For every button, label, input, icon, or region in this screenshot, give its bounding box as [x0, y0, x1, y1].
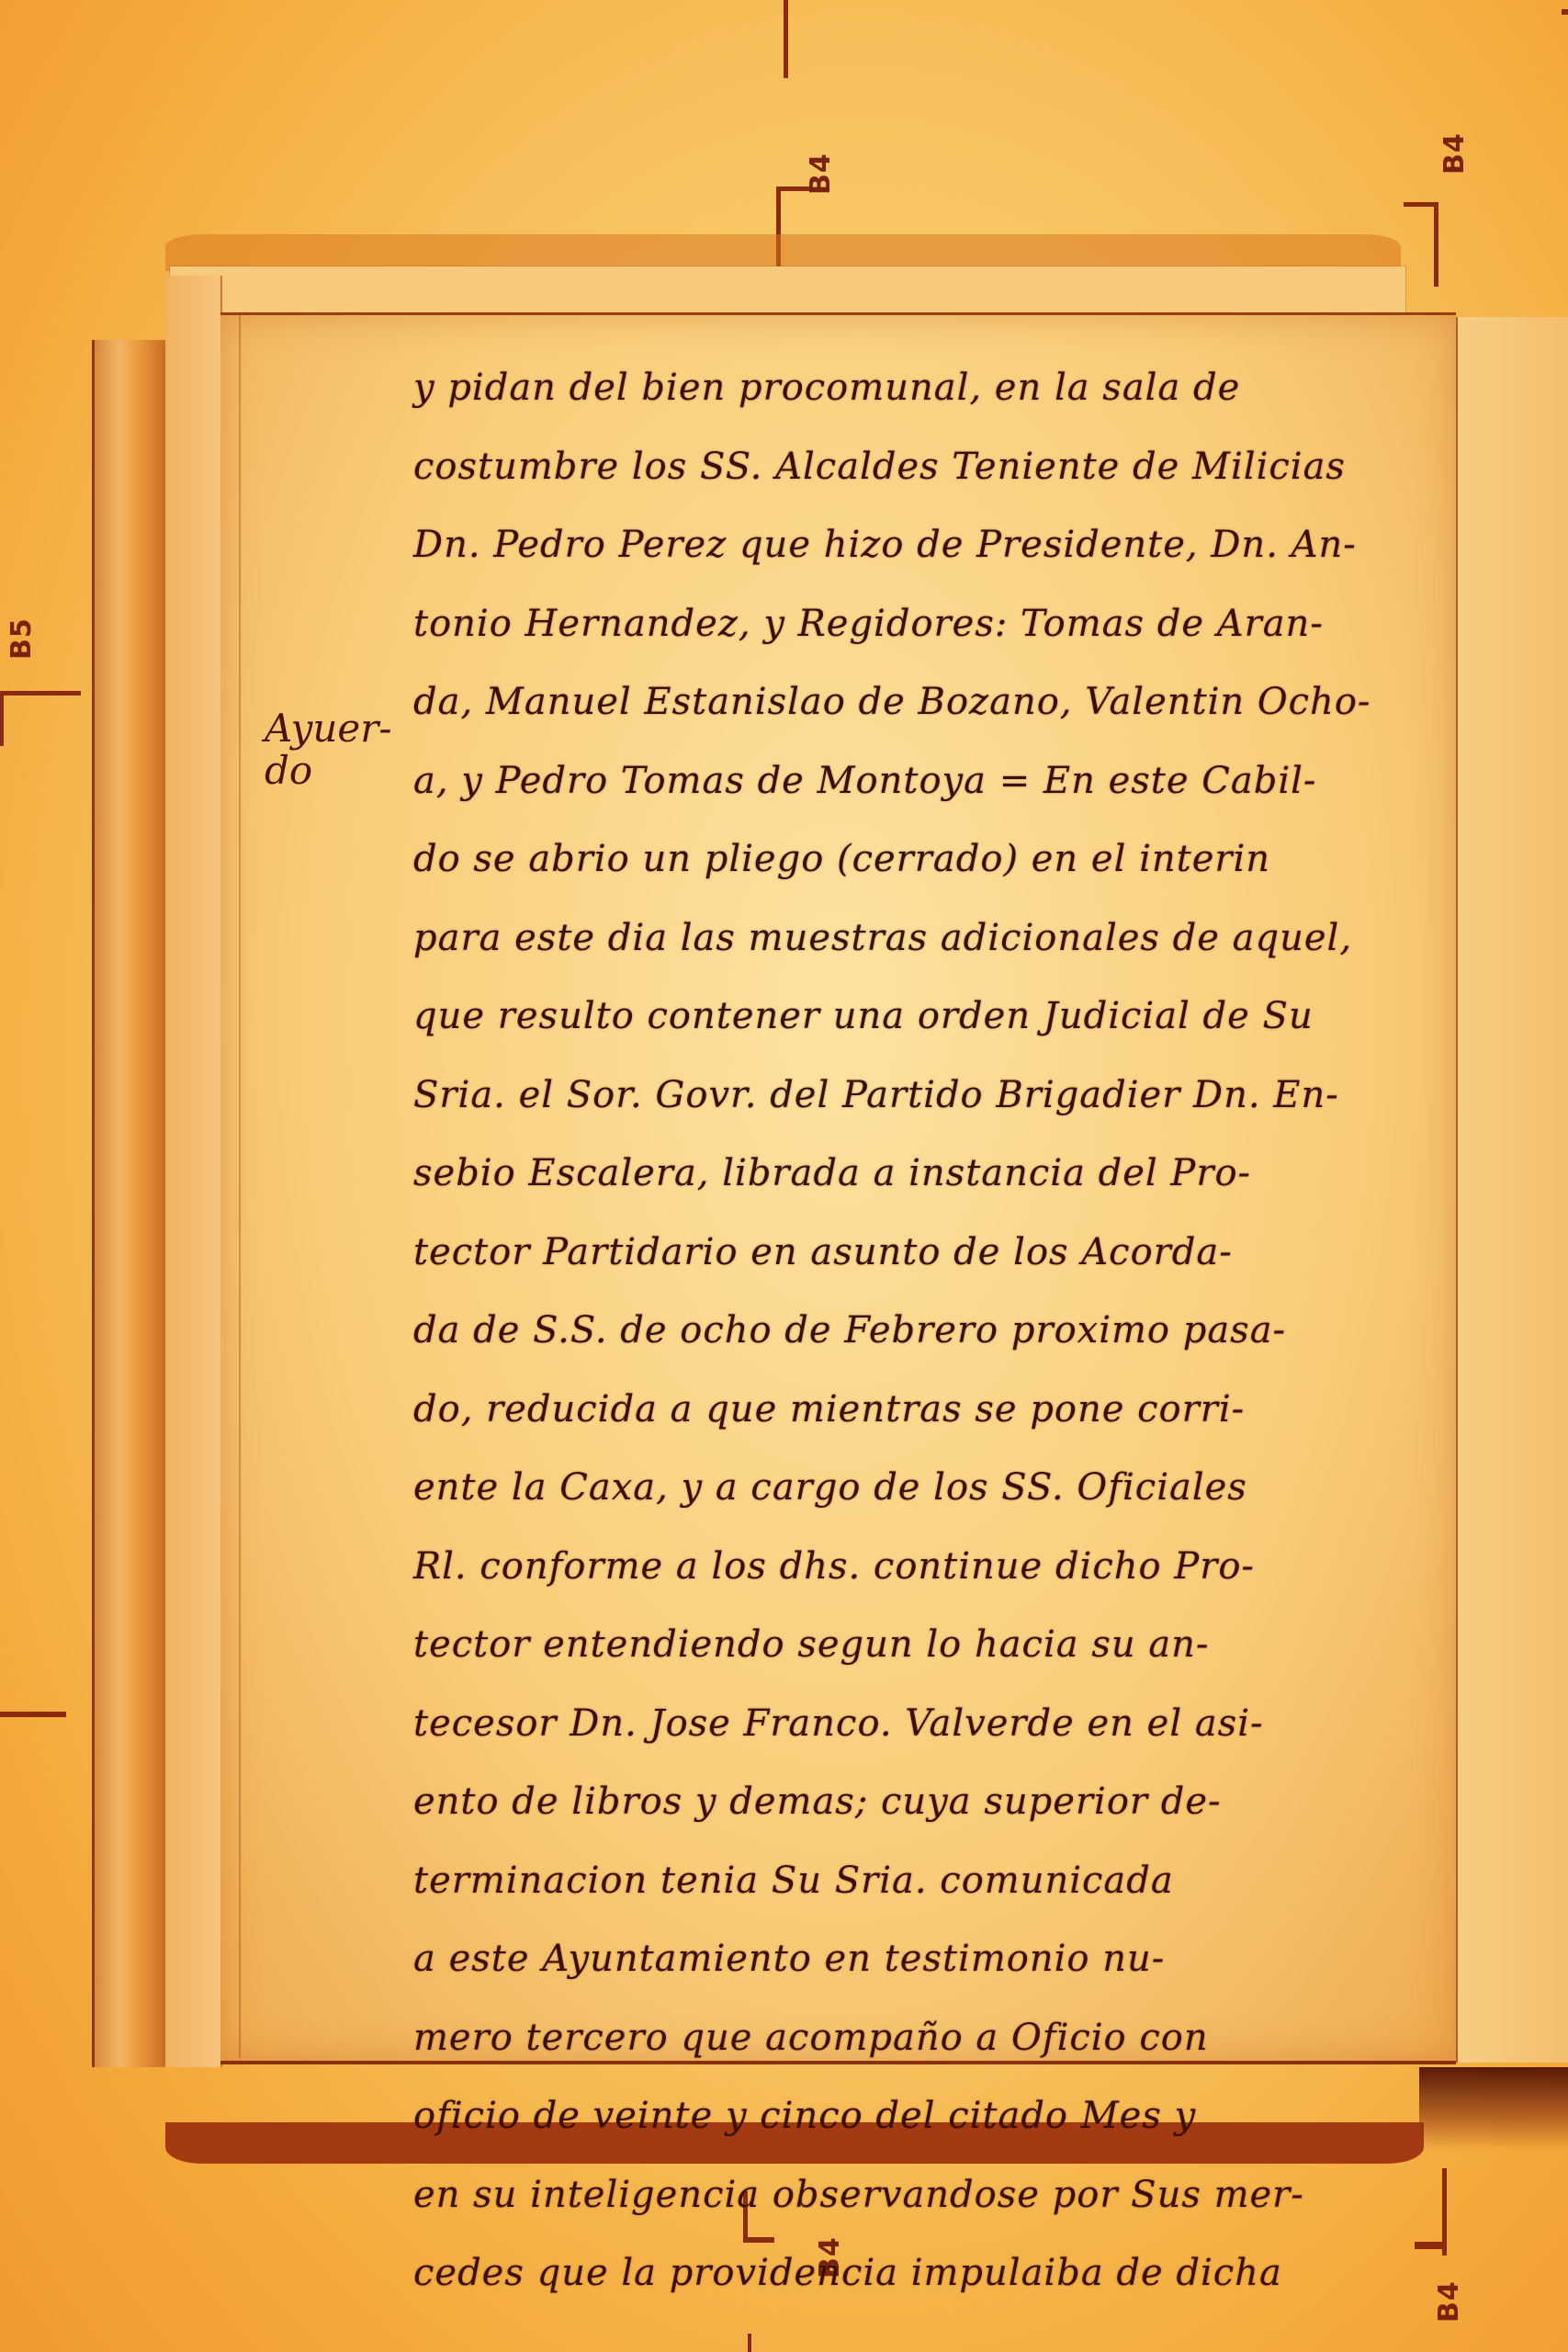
facing-page-edge	[1456, 317, 1568, 2063]
text-line: en su inteligencia observandose por Sus …	[413, 2156, 1461, 2235]
text-line: ento de libros y demas; cuya superior de…	[413, 1763, 1461, 1842]
page-margin-rule	[239, 312, 241, 2058]
manuscript-text: y pidan del bien procomunal, en la sala …	[413, 349, 1461, 2313]
marker-label-top-left: B4	[805, 153, 837, 195]
text-line: da de S.S. de ocho de Febrero proximo pa…	[413, 1292, 1461, 1371]
top-shadow-band	[165, 234, 1401, 271]
text-line: tector entendiendo segun lo hacia su an-	[413, 1606, 1461, 1685]
margin-note-line-2: do	[265, 750, 392, 792]
text-line: do, reducida a que mientras se pone corr…	[413, 1371, 1461, 1450]
text-line: cedes que la providencia impulaiba de di…	[413, 2234, 1461, 2313]
text-line: Dn. Pedro Perez que hizo de Presidente, …	[413, 506, 1461, 585]
text-line: Rl. conforme a los dhs. continue dicho P…	[413, 1528, 1461, 1607]
margin-note-line-1: Ayuer-	[265, 707, 392, 750]
text-line: terminacion tenia Su Sria. comunicada	[413, 1842, 1461, 1921]
page-binding-strip	[165, 276, 222, 2067]
top-right-bracket-vertical	[1434, 202, 1438, 287]
text-line: tecesor Dn. Jose Franco. Valverde en el …	[413, 1685, 1461, 1764]
text-line: do se abrio un pliego (cerrado) en el in…	[413, 820, 1461, 899]
text-line: costumbre los SS. Alcaldes Teniente de M…	[413, 428, 1461, 507]
marker-label-top-right: B4	[1438, 132, 1471, 175]
text-line: y pidan del bien procomunal, en la sala …	[413, 349, 1461, 428]
marker-label-left-upper: B5	[6, 617, 38, 660]
text-line: a, y Pedro Tomas de Montoya = En este Ca…	[413, 742, 1461, 821]
bottom-edge-tick	[748, 2334, 751, 2352]
text-line: que resulto contener una orden Judicial …	[413, 978, 1461, 1057]
left-lower-marker-line	[0, 1712, 66, 1717]
text-line: sebio Escalera, librada a instancia del …	[413, 1135, 1461, 1214]
text-line: Sria. el Sor. Govr. del Partido Brigadie…	[413, 1057, 1461, 1136]
text-line: da, Manuel Estanislao de Bozano, Valenti…	[413, 663, 1461, 742]
text-line: tonio Hernandez, y Regidores: Tomas de A…	[413, 585, 1461, 664]
text-line: mero tercero que acompaño a Oficio con	[413, 1999, 1461, 2078]
text-line: a este Ayuntamiento en testimonio nu-	[413, 1920, 1461, 1999]
margin-note: Ayuer- do	[265, 707, 392, 792]
top-edge-marker-line	[784, 0, 788, 78]
left-upper-bracket-horizontal	[0, 691, 81, 695]
text-line: tector Partidario en asunto de los Acord…	[413, 1214, 1461, 1293]
book-spine-edge	[92, 340, 170, 2067]
text-line: oficio de veinte y cinco del citado Mes …	[413, 2077, 1461, 2156]
text-line: para este dia las muestras adicionales d…	[413, 899, 1461, 978]
text-line: ente la Caxa, y a cargo de los SS. Ofici…	[413, 1449, 1461, 1528]
marker-label-left-lower: B5	[0, 1782, 2, 1825]
top-right-edge-tick	[1562, 9, 1568, 15]
left-upper-bracket-vertical	[0, 691, 4, 746]
